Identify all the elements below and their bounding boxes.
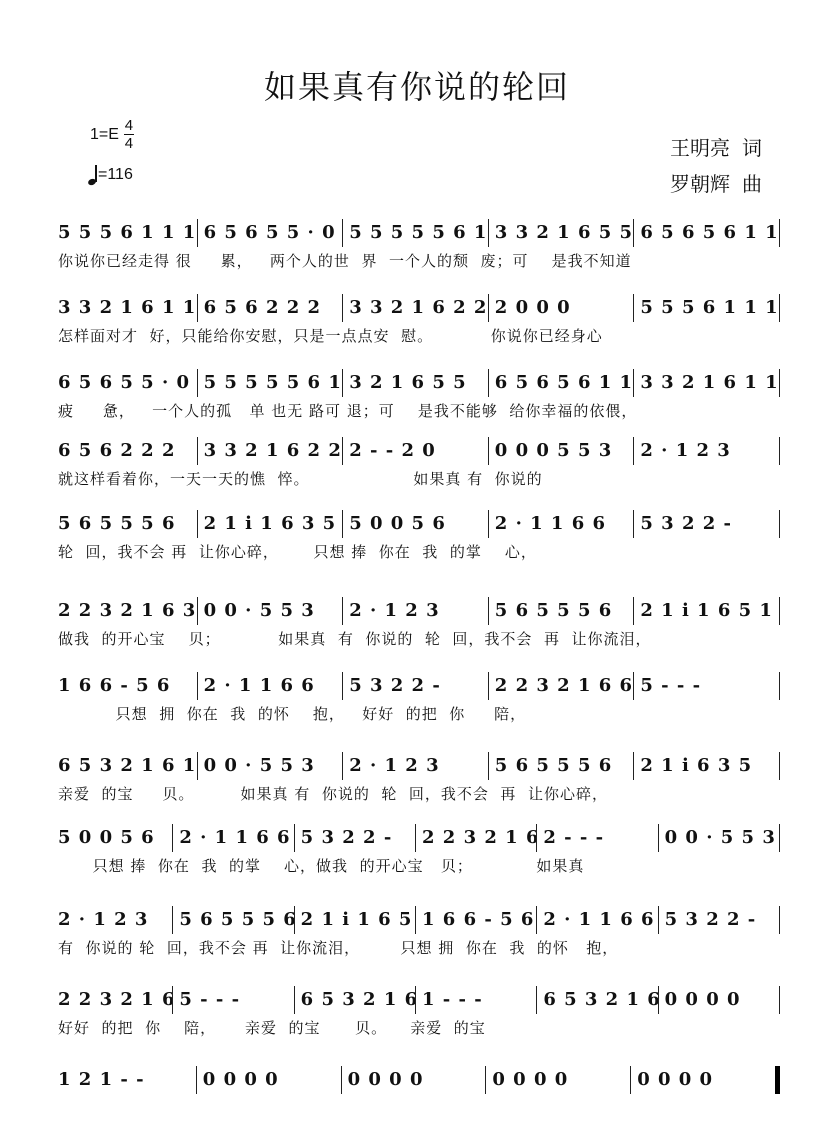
lyrics-line: 疲 惫， 一个人的孤 单 也无 路可 退；可 是我不能够 给你幸福的依偎，: [58, 398, 780, 424]
measure: 0 0 0 0: [486, 1066, 631, 1094]
measure: 1 6 6 - 5 6: [416, 906, 537, 934]
tempo-marking: =116: [88, 165, 133, 185]
lyrics-line: 亲爱 的宝 贝。 如果真 有 你说的 轮 回，我不会 再 让你心碎，: [58, 781, 780, 807]
notation-line: 5 0 0 5 62 · 1 1 6 65 3 2 2 -2 2 3 2 1 6…: [58, 823, 780, 853]
measure: 6 5 6 2 2 2: [198, 294, 344, 322]
lyrics-line: 好好 的把 你 陪， 亲爱 的宝 贝。 亲爱 的宝: [58, 1015, 780, 1041]
tempo-value: =116: [98, 166, 133, 184]
measure: 6 5 6 5 6 1 1 1: [634, 219, 780, 247]
measure: 0 0 0 5 5 3: [489, 437, 635, 465]
measure: 2 · 1 2 3: [634, 437, 780, 465]
measure: 2 · 1 1 6 6: [537, 906, 658, 934]
measure: 6 5 3 2 1 6: [537, 986, 658, 1014]
measure: 0 0 · 5 5 3: [198, 597, 344, 625]
composer-credit: 罗朝辉曲: [670, 166, 762, 202]
measure: 2 · 1 1 6 6: [489, 510, 635, 538]
credits: 王明亮词 罗朝辉曲: [670, 130, 762, 202]
measure: 5 5 5 5 5 6 1: [198, 369, 344, 397]
lyrics-line: 有 你说的 轮 回，我不会 再 让你流泪， 只想 拥 你在 我 的怀 抱，: [58, 935, 780, 961]
lyrics-line: 只想 拥 你在 我 的怀 抱， 好好 的把 你 陪，: [58, 701, 780, 727]
measure: 2 2 3 2 1 6 6: [58, 986, 173, 1014]
measure: 2 · 1 1 6 6: [173, 824, 294, 852]
measure: 2 · 1 2 3: [58, 906, 173, 934]
measure: 6 5 6 5 5 · 0: [58, 369, 198, 397]
measure: 5 3 2 2 -: [634, 510, 780, 538]
notation-line: 6 5 3 2 1 6 1 - - - :0 0 · 5 5 32 · 1 2 …: [58, 751, 780, 781]
measure: 5 - - -: [173, 986, 294, 1014]
notation-line: 1 2 1 - -0 0 0 00 0 0 00 0 0 00 0 0 0: [58, 1065, 780, 1095]
measure: 6 5 3 2 1 6 1 - - - :: [58, 752, 198, 780]
score-row: 6 5 6 2 2 23 3 2 1 6 2 22 - - 2 00 0 0 5…: [58, 436, 780, 492]
measure: 5 5 5 6 1 1 1: [58, 219, 198, 247]
notation-line: 6 5 6 5 5 · 05 5 5 5 5 6 13 2 1 6 5 56 5…: [58, 368, 780, 398]
measure: 3 3 2 1 6 2 2: [343, 294, 489, 322]
measure: 5 6 5 5 5 6: [489, 752, 635, 780]
measure: 3 3 2 1 6 1 1: [634, 369, 780, 397]
score-row: 6 5 6 5 5 · 05 5 5 5 5 6 13 2 1 6 5 56 5…: [58, 368, 780, 424]
measure: 2 - - 2 0: [343, 437, 489, 465]
measure: 0 0 0 0: [342, 1066, 487, 1094]
key-signature: 1=E 4 4: [90, 118, 134, 151]
measure: 0 0 0 0: [631, 1066, 780, 1094]
measure: 5 3 2 2 -: [343, 672, 489, 700]
measure: 0 0 0 0: [197, 1066, 342, 1094]
measure: 2 0 0 0: [489, 294, 635, 322]
measure: 6 5 3 2 1 6: [295, 986, 416, 1014]
score-row: 2 · 1 2 35 6 5 5 5 62 1 i 1 6 5 11 6 6 -…: [58, 905, 780, 961]
score-row: 1 2 1 - -0 0 0 00 0 0 00 0 0 00 0 0 0: [58, 1065, 780, 1121]
score-row: 6 5 3 2 1 6 1 - - - :0 0 · 5 5 32 · 1 2 …: [58, 751, 780, 807]
measure: 2 · 1 1 6 6: [198, 672, 344, 700]
song-title: 如果真有你说的轮回: [0, 62, 834, 108]
score-row: 2 2 3 2 1 6 65 - - -6 5 3 2 1 61 - - -6 …: [58, 985, 780, 1041]
measure: 3 2 1 6 5 5: [343, 369, 489, 397]
lyrics-line: 你说你已经走得 很 累， 两个人的世 界 一个人的颓 废；可 是我不知道: [58, 248, 780, 274]
notation-line: 1 6 6 - 5 62 · 1 1 6 65 3 2 2 -2 2 3 2 1…: [58, 671, 780, 701]
measure: 5 6 5 5 5 6: [58, 510, 198, 538]
measure: 0 0 · 5 5 3: [659, 824, 780, 852]
measure: 2 - - -: [537, 824, 658, 852]
measure: 5 3 2 2 -: [659, 906, 780, 934]
time-signature: 4 4: [124, 118, 134, 151]
measure: 0 0 0 0: [659, 986, 780, 1014]
measure: 1 - - -: [416, 986, 537, 1014]
lyricist-credit: 王明亮词: [670, 130, 762, 166]
score-row: 2 2 3 2 1 6 3 2 - - -0 0 · 5 5 32 · 1 2 …: [58, 596, 780, 652]
measure: 0 0 · 5 5 3: [198, 752, 344, 780]
measure: 2 1 i 6 3 5: [634, 752, 780, 780]
measure: 5 3 2 2 -: [295, 824, 416, 852]
measure: 2 2 3 2 1 6 6: [489, 672, 635, 700]
notation-line: 2 2 3 2 1 6 65 - - -6 5 3 2 1 61 - - -6 …: [58, 985, 780, 1015]
measure: 2 · 1 2 3: [343, 752, 489, 780]
quarter-note-icon: [88, 165, 98, 185]
notation-line: 6 5 6 2 2 23 3 2 1 6 2 22 - - 2 00 0 0 5…: [58, 436, 780, 466]
score-row: 5 6 5 5 5 62 1 i 1 6 3 55 0 0 5 62 · 1 1…: [58, 509, 780, 565]
measure: 6 5 6 5 5 · 0: [198, 219, 344, 247]
measure: 5 5 5 6 1 1 1: [634, 294, 780, 322]
notation-line: 5 6 5 5 5 62 1 i 1 6 3 55 0 0 5 62 · 1 1…: [58, 509, 780, 539]
measure: 3 3 2 1 6 2 2: [198, 437, 344, 465]
measure: 2 1 i 1 6 3 5: [198, 510, 344, 538]
score-row: 1 6 6 - 5 62 · 1 1 6 65 3 2 2 -2 2 3 2 1…: [58, 671, 780, 727]
measure: 6 5 6 2 2 2: [58, 437, 198, 465]
measure: 5 5 5 5 5 6 1: [343, 219, 489, 247]
measure: 6 5 6 5 6 1 1 1: [489, 369, 635, 397]
lyrics-line: [58, 1095, 780, 1121]
lyrics-line: 怎样面对才 好，只能给你安慰，只是一点点安 慰。 你说你已经身心: [58, 323, 780, 349]
measure: 5 - - -: [634, 672, 780, 700]
measure: 5 0 0 5 6: [58, 824, 173, 852]
measure: 5 6 5 5 5 6: [173, 906, 294, 934]
score-row: 3 3 2 1 6 1 16 5 6 2 2 23 3 2 1 6 2 22 0…: [58, 293, 780, 349]
measure: 2 2 3 2 1 6 3: [416, 824, 537, 852]
lyrics-line: 轮 回，我不会 再 让你心碎， 只想 捧 你在 我 的掌 心，: [58, 539, 780, 565]
notation-line: 2 2 3 2 1 6 3 2 - - -0 0 · 5 5 32 · 1 2 …: [58, 596, 780, 626]
time-top: 4: [125, 118, 133, 133]
measure: 5 6 5 5 5 6: [489, 597, 635, 625]
notation-line: 5 5 5 6 1 1 16 5 6 5 5 · 05 5 5 5 5 6 13…: [58, 218, 780, 248]
key-label: 1=E: [90, 126, 119, 144]
lyrics-line: 就这样看着你，一天一天的憔 悴。 如果真 有 你说的: [58, 466, 780, 492]
measure: 3 3 2 1 6 1 1: [58, 294, 198, 322]
notation-line: 2 · 1 2 35 6 5 5 5 62 1 i 1 6 5 11 6 6 -…: [58, 905, 780, 935]
measure: 3 3 2 1 6 5 5: [489, 219, 635, 247]
score-row: 5 5 5 6 1 1 16 5 6 5 5 · 05 5 5 5 5 6 13…: [58, 218, 780, 274]
measure: 2 · 1 2 3: [343, 597, 489, 625]
measure: 5 0 0 5 6: [343, 510, 489, 538]
measure: 2 1 i 1 6 5 1: [295, 906, 416, 934]
time-bottom: 4: [125, 136, 133, 151]
measure: 2 1 i 1 6 5 1: [634, 597, 780, 625]
measure: 1 2 1 - -: [58, 1066, 197, 1094]
lyrics-line: 只想 捧 你在 我 的掌 心，做我 的开心宝 贝； 如果真: [58, 853, 780, 879]
measure: 2 2 3 2 1 6 3 2 - - -: [58, 597, 198, 625]
notation-line: 3 3 2 1 6 1 16 5 6 2 2 23 3 2 1 6 2 22 0…: [58, 293, 780, 323]
lyrics-line: 做我 的开心宝 贝； 如果真 有 你说的 轮 回，我不会 再 让你流泪，: [58, 626, 780, 652]
score-row: 5 0 0 5 62 · 1 1 6 65 3 2 2 -2 2 3 2 1 6…: [58, 823, 780, 879]
measure: 1 6 6 - 5 6: [58, 672, 198, 700]
